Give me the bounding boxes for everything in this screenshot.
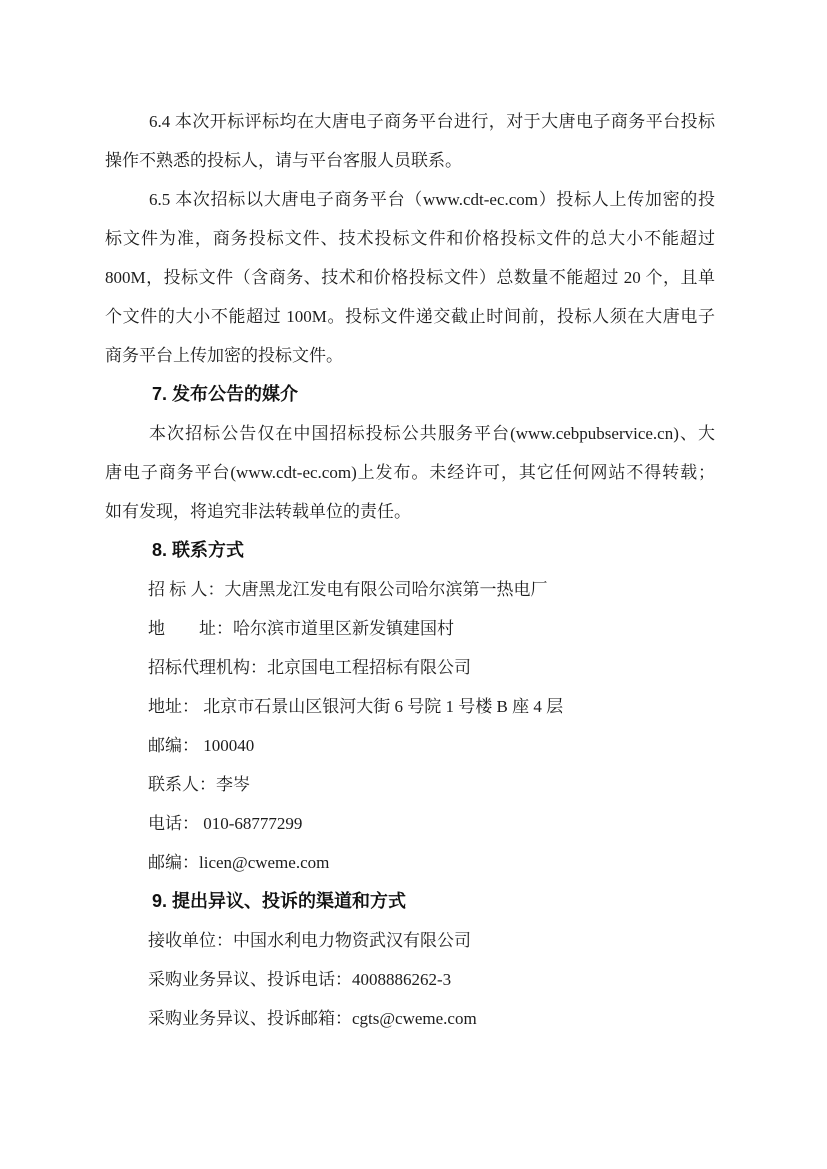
body-line-6-5-5: 商务平台上传加密的投标文件。 (105, 336, 715, 375)
complaint-line-email: 采购业务异议、投诉邮箱：cgts@cweme.com (105, 999, 715, 1038)
contact-line-person: 联系人：李岑 (105, 765, 715, 804)
body-line-6-5-4: 个文件的大小不能超过 100M。投标文件递交截止时间前，投标人须在大唐电子 (105, 297, 715, 336)
body-line-6-4-2: 操作不熟悉的投标人，请与平台客服人员联系。 (105, 141, 715, 180)
contact-line-postcode: 邮编： 100040 (105, 726, 715, 765)
contact-line-address: 地 址：哈尔滨市道里区新发镇建国村 (105, 609, 715, 648)
section-heading-8-contact: 8. 联系方式 (105, 531, 715, 570)
body-line-7-3: 如有发现，将追究非法转载单位的责任。 (105, 492, 715, 531)
document-body: 6.4 本次开标评标均在大唐电子商务平台进行，对于大唐电子商务平台投标 操作不熟… (105, 102, 715, 1038)
document-page: 6.4 本次开标评标均在大唐电子商务平台进行，对于大唐电子商务平台投标 操作不熟… (0, 0, 827, 1169)
section-heading-7-media: 7. 发布公告的媒介 (105, 375, 715, 414)
contact-line-email: 邮编：licen@cweme.com (105, 843, 715, 882)
complaint-line-receiver: 接收单位：中国水利电力物资武汉有限公司 (105, 921, 715, 960)
contact-line-tenderer: 招 标 人：大唐黑龙江发电有限公司哈尔滨第一热电厂 (105, 570, 715, 609)
contact-line-agency: 招标代理机构：北京国电工程招标有限公司 (105, 648, 715, 687)
contact-line-agency-address: 地址： 北京市石景山区银河大街 6 号院 1 号楼 B 座 4 层 (105, 687, 715, 726)
contact-line-phone: 电话： 010-68777299 (105, 804, 715, 843)
body-line-7-1: 本次招标公告仅在中国招标投标公共服务平台(www.cebpubservice.c… (105, 414, 715, 453)
body-line-6-5-3: 800M，投标文件（含商务、技术和价格投标文件）总数量不能超过 20 个，且单 (105, 258, 715, 297)
body-line-6-5-2: 标文件为准，商务投标文件、技术投标文件和价格投标文件的总大小不能超过 (105, 219, 715, 258)
body-line-6-5-1: 6.5 本次招标以大唐电子商务平台（www.cdt-ec.com）投标人上传加密… (105, 180, 715, 219)
body-line-7-2: 唐电子商务平台(www.cdt-ec.com)上发布。未经许可，其它任何网站不得… (105, 453, 715, 492)
section-heading-9-complaints: 9. 提出异议、投诉的渠道和方式 (105, 882, 715, 921)
complaint-line-phone: 采购业务异议、投诉电话：4008886262-3 (105, 960, 715, 999)
body-line-6-4-1: 6.4 本次开标评标均在大唐电子商务平台进行，对于大唐电子商务平台投标 (105, 102, 715, 141)
